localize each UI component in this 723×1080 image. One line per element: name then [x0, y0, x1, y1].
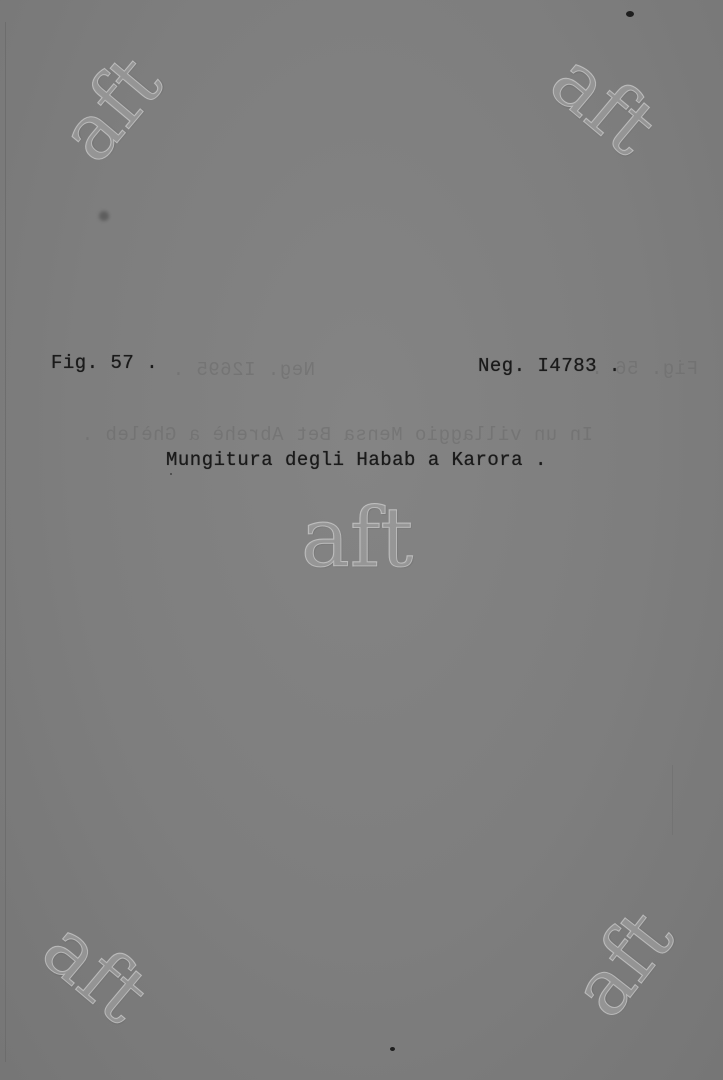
dust-speck — [99, 211, 109, 221]
dust-speck — [170, 473, 172, 475]
watermark-top-left: aft — [47, 43, 175, 175]
caption: Mungitura degli Habab a Karora . — [166, 449, 547, 471]
watermark-center: aft — [301, 498, 413, 580]
watermark-bottom-left: aft — [29, 908, 161, 1036]
scratch-mark — [672, 765, 673, 835]
show-through-negative-label: Neg. I2695 . — [195, 359, 315, 381]
card-edge-line — [5, 22, 6, 1062]
dust-speck — [626, 11, 634, 17]
figure-label: Fig. 57 . — [51, 352, 158, 374]
archive-card: Fig. 56 . Neg. I2695 . In un villaggio M… — [0, 0, 723, 1080]
watermark-top-right: aft — [537, 40, 669, 168]
negative-number: Neg. I4783 . — [478, 355, 621, 377]
watermark-bottom-right: aft — [560, 898, 687, 1030]
dust-speck — [390, 1047, 395, 1051]
show-through-caption: In un villaggio Mensa Bet Abrehè a Ghèle… — [73, 424, 593, 446]
